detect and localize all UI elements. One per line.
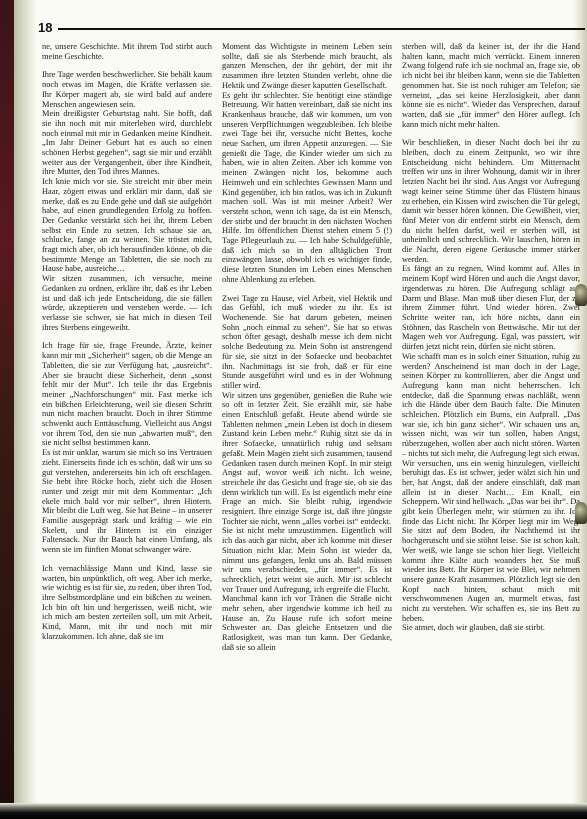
text-column-3: sterben will, daß da keiner ist, der ihr…: [402, 42, 580, 633]
page-number: 18: [38, 20, 52, 35]
paragraph: Ich knie mich vor sie. Sie streicht mir …: [42, 177, 212, 274]
paragraph: Sie ist nicht mehr umzustimmen. Eigentli…: [222, 526, 392, 594]
text-column-2: Moment das Wichtigste in meinem Leben se…: [222, 42, 392, 653]
paragraph: Es geht ihr schlechter. Sie benötigt ein…: [222, 91, 392, 285]
paragraph: Es fängt an zu regnen, Wind kommt auf. A…: [402, 264, 580, 351]
paragraph: Ich vernachlässige Mann und Kind, lasse …: [42, 564, 212, 642]
paragraph: Ihre Tage werden beschwerlicher. Sie beh…: [42, 70, 212, 109]
text-column-1: ne, unsere Geschichte. Mit ihrem Tod sti…: [42, 42, 212, 641]
page-bottom-edge: [0, 803, 587, 819]
paragraph: Manchmal kann ich vor Tränen die Straße …: [222, 594, 392, 652]
binder-clip-icon: [575, 284, 587, 306]
paragraph: ne, unsere Geschichte. Mit ihrem Tod sti…: [42, 42, 212, 61]
paragraph: Wie schafft man es in solch einer Situat…: [402, 352, 580, 459]
page-gutter: [14, 0, 36, 819]
paragraph: Es ist mir unklar, warum sie mich so ins…: [42, 448, 212, 555]
paragraph: Zwei Tage zu Hause, viel Arbeit, viel He…: [222, 294, 392, 391]
paragraph: Wir sitzen uns gegenüber, genießen die R…: [222, 391, 392, 527]
paragraph: Moment das Wichtigste in meinem Leben se…: [222, 42, 392, 91]
paragraph: Wir sitzen zusammen, ich versuche, meine…: [42, 274, 212, 332]
paragraph: Ich frage für sie, frage Freunde, Ärzte,…: [42, 341, 212, 448]
paragraph: Mein dreißigster Geburtstag naht. Sie ho…: [42, 109, 212, 177]
header-rule: [58, 28, 585, 30]
paragraph: Sie atmet, doch wir glauben, daß sie sti…: [402, 623, 580, 633]
binder-clip-icon: [575, 502, 587, 524]
book-binding: [0, 0, 14, 819]
paragraph: Wir beschließen, in dieser Nacht doch be…: [402, 138, 580, 264]
paragraph: Wir versuchen, uns ein wenig hinzulegen,…: [402, 459, 580, 624]
paragraph: sterben will, daß da keiner ist, der ihr…: [402, 42, 580, 129]
